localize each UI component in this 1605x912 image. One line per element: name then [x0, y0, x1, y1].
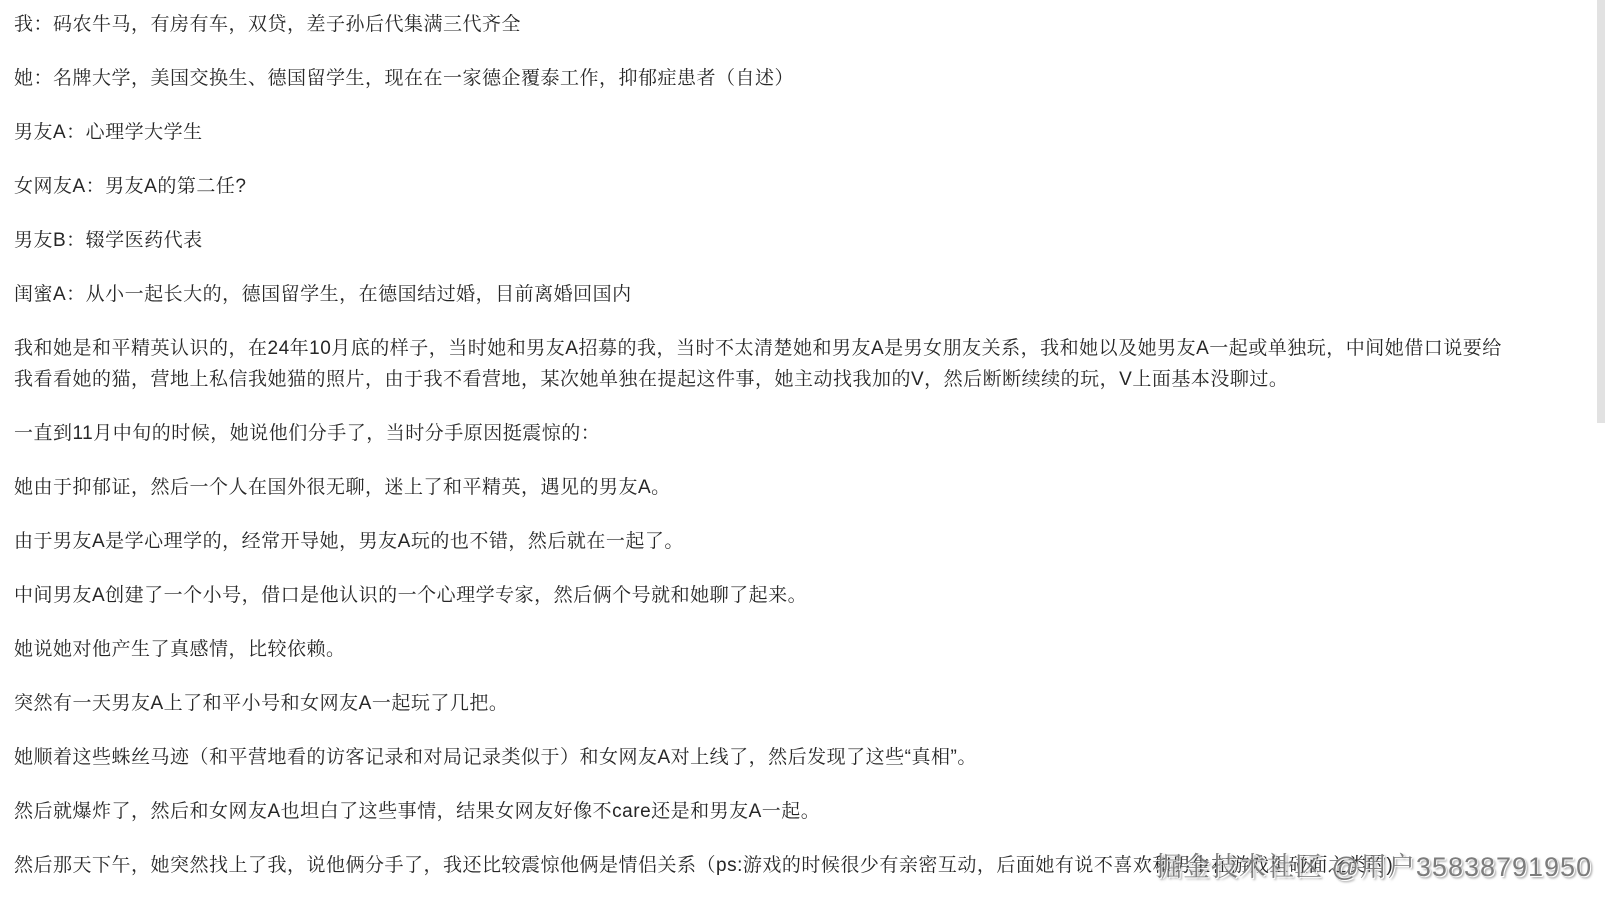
- paragraph-story-6: 她说她对他产生了真感情，比较依赖。: [14, 634, 1511, 665]
- paragraph-story-10: 然后那天下午，她突然找上了我，说他俩分手了，我还比较震惊他俩是情侣关系（ps:游…: [14, 850, 1511, 881]
- paragraph-story-9: 然后就爆炸了，然后和女网友A也坦白了这些事情，结果女网友好像不care还是和男友…: [14, 796, 1511, 827]
- paragraph-story-4: 由于男友A是学心理学的，经常开导她，男友A玩的也不错，然后就在一起了。: [14, 526, 1511, 557]
- paragraph-bestie-a: 闺蜜A：从小一起长大的，德国留学生，在德国结过婚，目前离婚回国内: [14, 279, 1511, 310]
- paragraph-story-2: 一直到11月中旬的时候，她说他们分手了，当时分手原因挺震惊的：: [14, 418, 1511, 449]
- scrollbar-track[interactable]: [1597, 0, 1605, 912]
- scrollbar-thumb[interactable]: [1597, 0, 1605, 423]
- paragraph-story-8: 她顺着这些蛛丝马迹（和平营地看的访客记录和对局记录类似于）和女网友A对上线了，然…: [14, 742, 1511, 773]
- paragraph-netfriend-a: 女网友A：男友A的第二任?: [14, 171, 1511, 202]
- paragraph-me: 我：码农牛马，有房有车，双贷，差子孙后代集满三代齐全: [14, 9, 1511, 40]
- paragraph-boyfriend-a: 男友A：心理学大学生: [14, 117, 1511, 148]
- paragraph-her: 她：名牌大学，美国交换生、德国留学生，现在在一家德企覆泰工作，抑郁症患者（自述）: [14, 63, 1511, 94]
- post-body: 我：码农牛马，有房有车，双贷，差子孙后代集满三代齐全 她：名牌大学，美国交换生、…: [0, 0, 1511, 904]
- paragraph-story-7: 突然有一天男友A上了和平小号和女网友A一起玩了几把。: [14, 688, 1511, 719]
- paragraph-story-3: 她由于抑郁证，然后一个人在国外很无聊，迷上了和平精英，遇见的男友A。: [14, 472, 1511, 503]
- paragraph-story-1: 我和她是和平精英认识的，在24年10月底的样子，当时她和男友A招募的我，当时不太…: [14, 333, 1511, 395]
- paragraph-boyfriend-b: 男友B：辍学医药代表: [14, 225, 1511, 256]
- paragraph-story-5: 中间男友A创建了一个小号，借口是他认识的一个心理学专家，然后俩个号就和她聊了起来…: [14, 580, 1511, 611]
